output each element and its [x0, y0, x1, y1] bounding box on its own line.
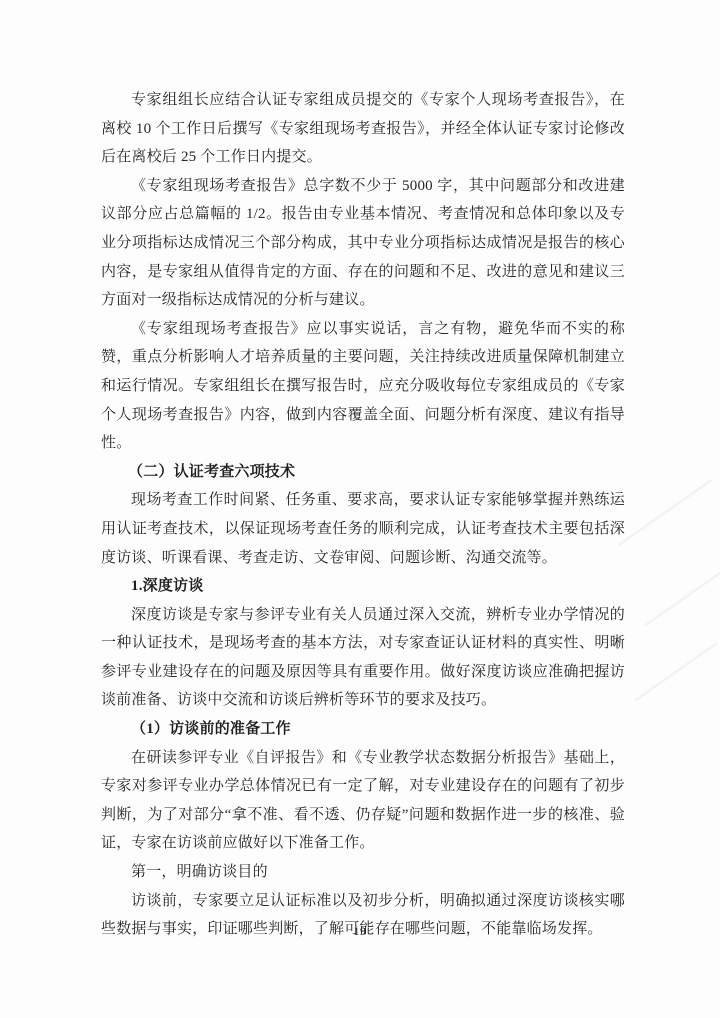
- paragraph-report-writing-requirements: 《专家组现场考查报告》应以事实说话，言之有物，避免华而不实的称赞，重点分析影响人…: [101, 315, 625, 458]
- paragraph-techniques-overview: 现场考查工作时间紧、任务重、要求高，要求认证专家能够掌握并熟练运用认证考查技术，…: [101, 486, 625, 572]
- paragraph-deep-interview-definition: 深度访谈是专家与参评专业有关人员通过深入交流，辨析专业办学情况的一种认证技术，是…: [101, 601, 625, 715]
- document-body: 专家组组长应结合认证专家组成员提交的《专家个人现场考查报告》，在离校 10 个工…: [101, 86, 625, 944]
- scan-artifact-streak: [618, 479, 713, 546]
- page-footer: 19: [0, 926, 720, 938]
- page-number: 19: [354, 926, 367, 938]
- section-heading-six-techniques: （二）认证考查六项技术: [101, 458, 625, 487]
- paragraph-interview-preparation-basis: 在研读参评专业《自评报告》和《专业教学状态数据分析报告》基础上，专家对参评专业办…: [101, 744, 625, 858]
- paragraph-expert-group-report-submission: 专家组组长应结合认证专家组成员提交的《专家个人现场考查报告》，在离校 10 个工…: [101, 86, 625, 172]
- scan-artifact-streak: [645, 556, 720, 626]
- document-page: 专家组组长应结合认证专家组成员提交的《专家个人现场考查报告》，在离校 10 个工…: [0, 0, 720, 1018]
- paragraph-report-length-structure: 《专家组现场考查报告》总字数不少于 5000 字，其中问题部分和改进建议部分应占…: [101, 172, 625, 315]
- paragraph-first-clarify-purpose: 第一，明确访谈目的: [101, 858, 625, 887]
- subsection-heading-interview-preparation: （1）访谈前的准备工作: [101, 715, 625, 744]
- subsection-heading-deep-interview: 1.深度访谈: [101, 572, 625, 601]
- scan-artifact-streak: [635, 643, 717, 701]
